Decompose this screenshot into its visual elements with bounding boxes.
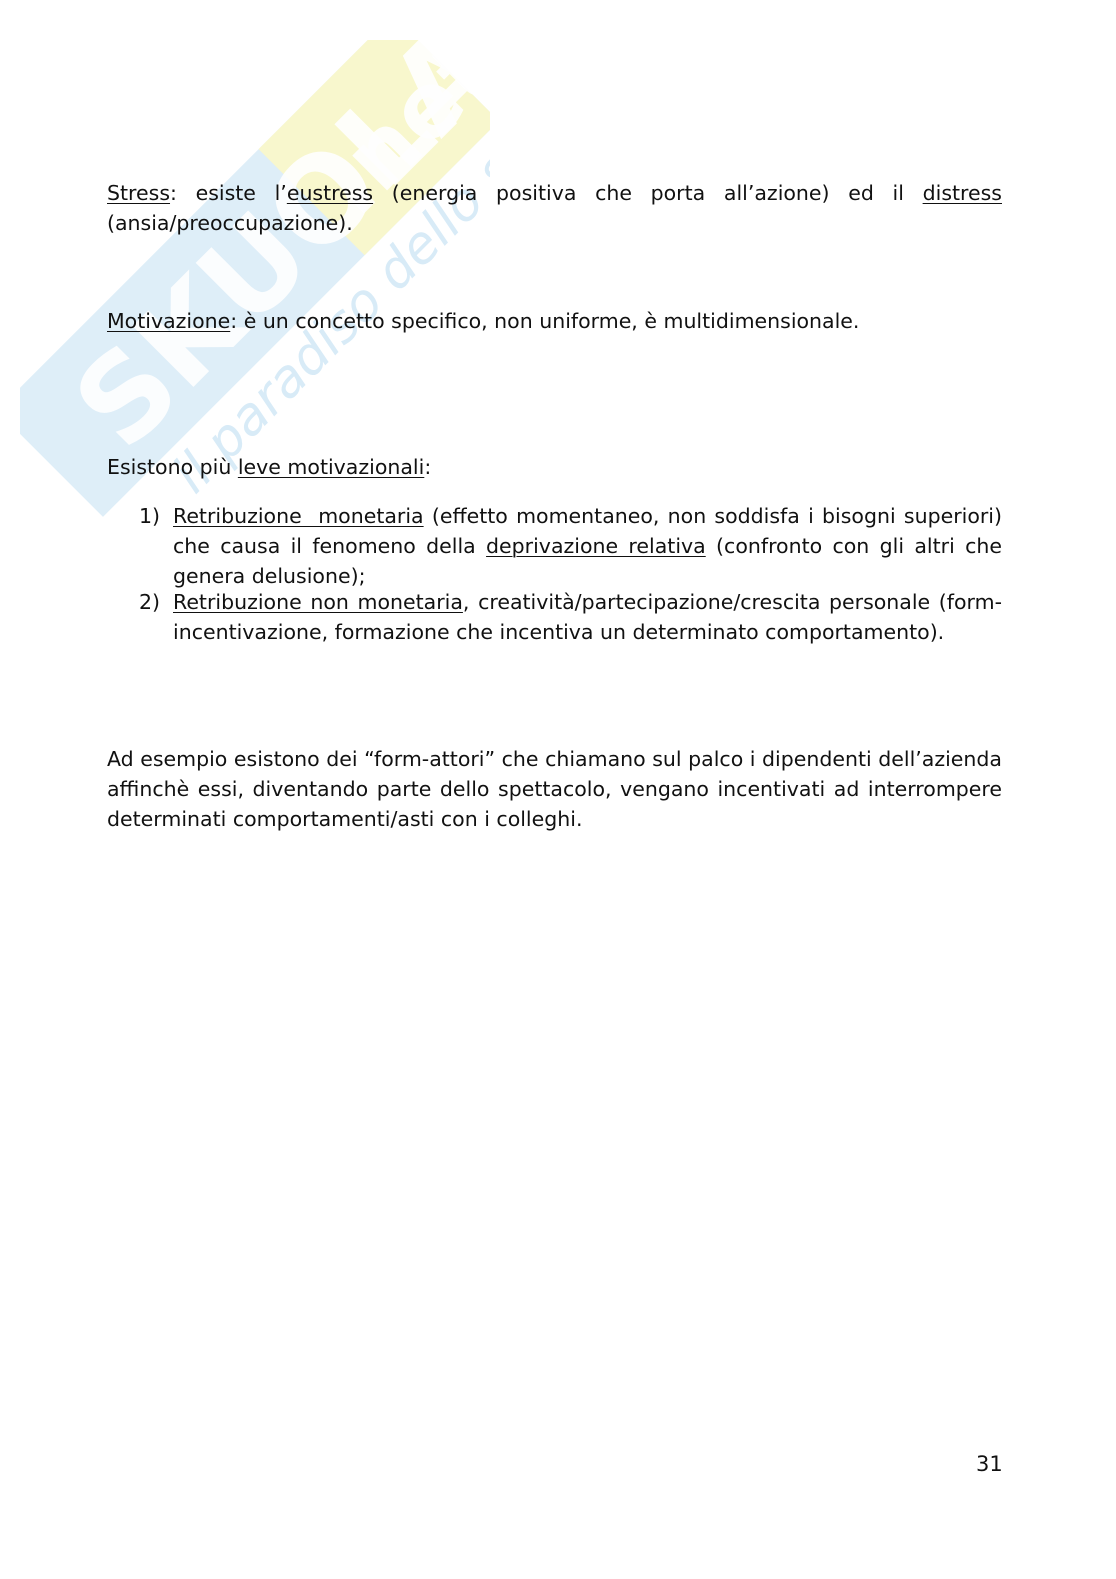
leve-term: leve motivazionali [238,455,424,479]
distress-term: distress [923,181,1002,205]
leve-intro: Esistono più leve motivazionali: [107,452,1002,482]
eustress-term: eustress [287,181,373,205]
stress-paragraph: Stress: esiste l’eustress (energia posit… [107,178,1002,238]
motivazione-term: Motivazione [107,309,230,333]
list-item: 2) Retribuzione non monetaria, creativit… [107,587,1002,647]
svg-text:SKUOLA: SKUOLA [48,40,490,474]
skuola-watermark: SKUOLA .net il paradiso dello studente [20,40,490,520]
list-item: 1) Retribuzione monetaria (effetto momen… [107,501,1002,591]
leve-list: 1) Retribuzione monetaria (effetto momen… [107,501,1002,647]
stress-term: Stress [107,181,170,205]
page-number: 31 [976,1452,1003,1476]
svg-text:il paradiso dello studente: il paradiso dello studente [162,40,490,505]
motivazione-paragraph: Motivazione: è un concetto specifico, no… [107,306,1002,336]
esempio-paragraph: Ad esempio esistono dei “form-attori” ch… [107,744,1002,834]
